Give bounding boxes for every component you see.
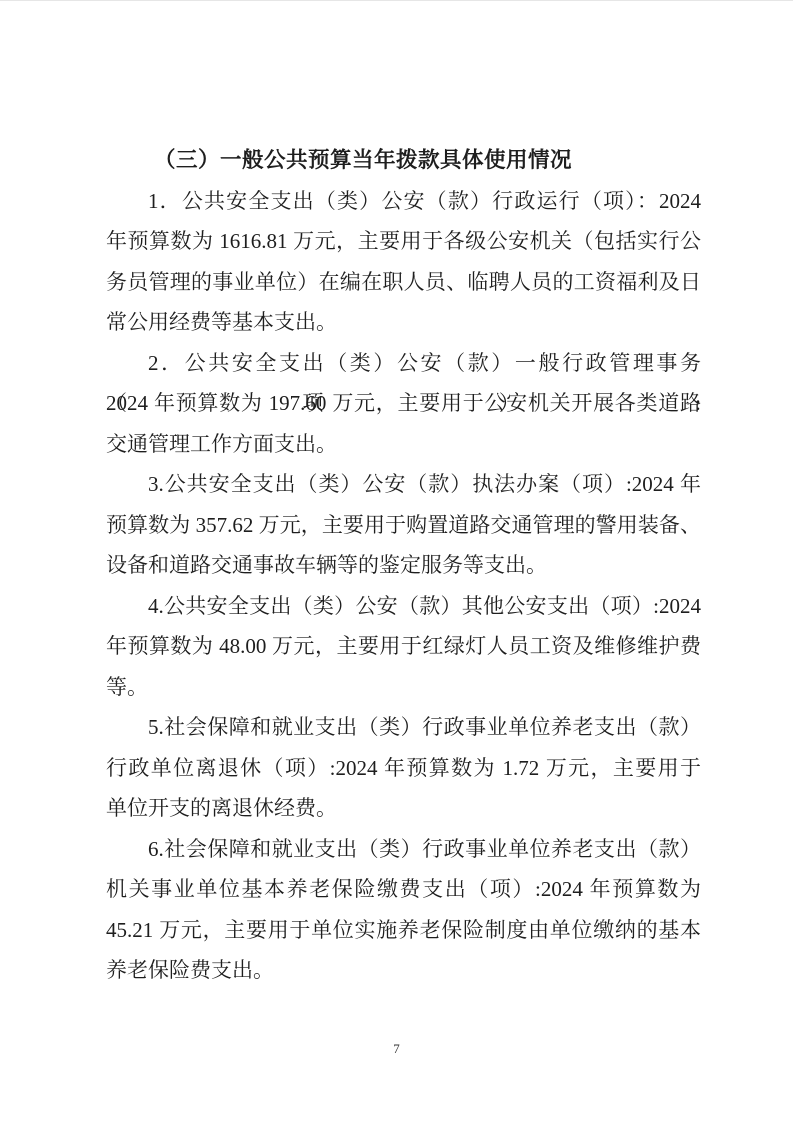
document-body: （三）一般公共预算当年拨款具体使用情况 1．公共安全支出（类）公安（款）行政运行… [106, 140, 701, 991]
body-text-line: 等。 [106, 667, 701, 708]
body-text-line: 交通管理工作方面支出。 [106, 424, 701, 465]
body-text-line: 3.公共安全支出（类）公安（款）执法办案（项）:2024 年 [106, 464, 701, 505]
body-text-line: 45.21 万元，主要用于单位实施养老保险制度由单位缴纳的基本 [106, 910, 701, 951]
body-text-line: 设备和道路交通事故车辆等的鉴定服务等支出。 [106, 545, 701, 586]
body-text-line: 养老保险费支出。 [106, 950, 701, 991]
body-text-line: 机关事业单位基本养老保险缴费支出（项）:2024 年预算数为 [106, 869, 701, 910]
body-text-line: 年预算数为 1616.81 万元，主要用于各级公安机关（包括实行公 [106, 221, 701, 262]
paragraph-list: 1．公共安全支出（类）公安（款）行政运行（项）：2024年预算数为 1616.8… [106, 181, 701, 991]
body-text-line: 6.社会保障和就业支出（类）行政事业单位养老支出（款） [106, 829, 701, 870]
body-text-line: 常公用经费等基本支出。 [106, 302, 701, 343]
body-text-line: 5.社会保障和就业支出（类）行政事业单位养老支出（款） [106, 707, 701, 748]
body-text-line: 1．公共安全支出（类）公安（款）行政运行（项）：2024 [106, 181, 701, 222]
page-number: 7 [0, 1041, 793, 1057]
body-text-line: 单位开支的离退休经费。 [106, 788, 701, 829]
body-text-line: 2024 年预算数为 197.60 万元，主要用于公安机关开展各类道路 [106, 383, 701, 424]
body-text-line: 预算数为 357.62 万元，主要用于购置道路交通管理的警用装备、 [106, 505, 701, 546]
body-text-line: 4.公共安全支出（类）公安（款）其他公安支出（项）:2024 [106, 586, 701, 627]
section-heading: （三）一般公共预算当年拨款具体使用情况 [106, 140, 701, 181]
body-text-line: 务员管理的事业单位）在编在职人员、临聘人员的工资福利及日 [106, 262, 701, 303]
body-text-line: 年预算数为 48.00 万元，主要用于红绿灯人员工资及维修维护费 [106, 626, 701, 667]
body-text-line: 2．公共安全支出（类）公安（款）一般行政管理事务（项）: [106, 343, 701, 384]
document-page: （三）一般公共预算当年拨款具体使用情况 1．公共安全支出（类）公安（款）行政运行… [0, 0, 793, 1122]
body-text-line: 行政单位离退休（项）:2024 年预算数为 1.72 万元，主要用于 [106, 748, 701, 789]
